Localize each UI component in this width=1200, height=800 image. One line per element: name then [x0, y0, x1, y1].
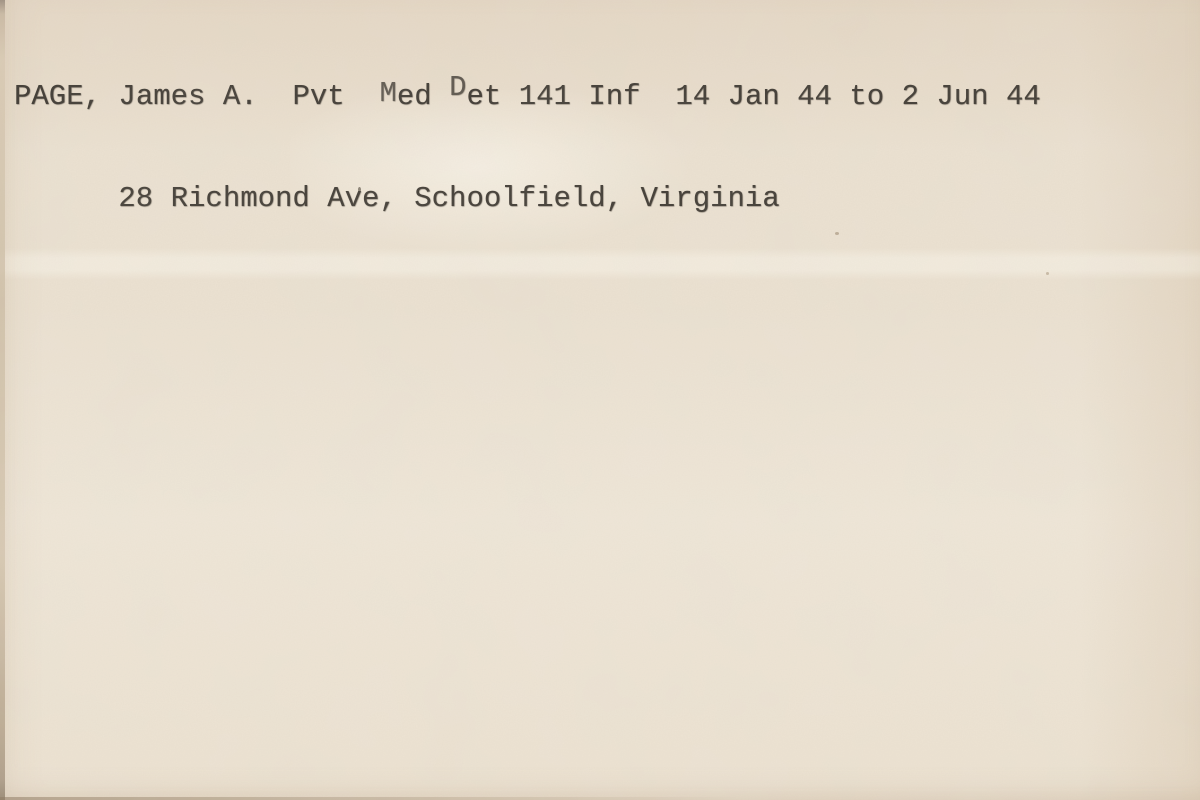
- index-card-scan: PAGE, James A. Pvt Med Det 141 Inf 14 Ja…: [0, 0, 1200, 800]
- paper-speck: [1046, 272, 1049, 275]
- raised-typewriter-letter: M: [379, 77, 396, 111]
- paper-grain-texture: [0, 0, 1200, 800]
- paper-speck: [358, 187, 361, 192]
- card-left-scan-edge: [0, 0, 5, 800]
- typed-segment: et 141 Inf 14 Jan 44 to 2 Jun 44: [467, 80, 1041, 113]
- typed-segment: PAGE, James A. Pvt: [14, 80, 379, 113]
- typewritten-text-block: PAGE, James A. Pvt Med Det 141 Inf 14 Ja…: [14, 12, 1041, 284]
- raised-typewriter-letter: D: [449, 71, 466, 105]
- typed-segment: ed: [397, 80, 449, 113]
- card-line-2: 28 Richmond Ave, Schoolfield, Virginia: [14, 182, 1041, 216]
- paper-speck: [835, 232, 839, 235]
- card-line-1: PAGE, James A. Pvt Med Det 141 Inf 14 Ja…: [14, 80, 1041, 114]
- paper-crease-highlight: [290, 90, 710, 260]
